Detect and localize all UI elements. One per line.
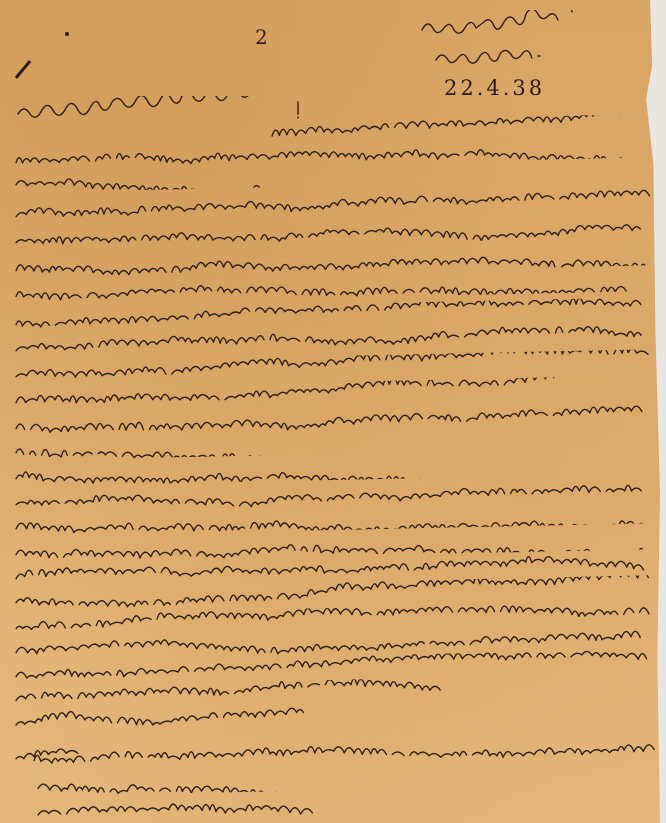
header-place-line-1: [handwritten Tamil place name]: [418, 10, 608, 38]
letter-page: 2 [handwritten Tamil place name] [handwr…: [0, 0, 660, 823]
body-line: [handwritten Tamil line 24]: [12, 705, 312, 733]
body-line: [handwritten Tamil line 27]: [34, 766, 454, 797]
body-line: [handwritten Tamil line 3]: [12, 165, 272, 192]
page-number: 2: [255, 25, 268, 49]
ink-stroke: [15, 60, 31, 79]
letter-date: 22.4.38: [444, 76, 545, 100]
header-place-line-2: [handwritten Tamil word]: [432, 44, 572, 68]
salutation: [handwritten Tamil salutation ending wit…: [14, 96, 304, 122]
body-line: [handwritten Tamil line 28]: [34, 795, 314, 823]
body-line: [handwritten Tamil line 26]: [30, 733, 666, 768]
ink-speck: [65, 32, 69, 36]
